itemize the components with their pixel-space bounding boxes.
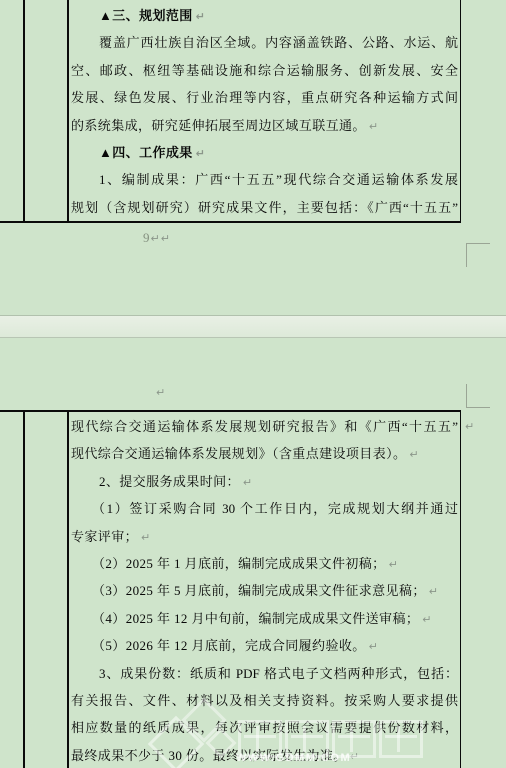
table-text-line[interactable]: 3、成果份数：纸质和 PDF 格式电子文档两种形式，包括： — [71, 660, 458, 687]
table-border-vertical — [23, 0, 25, 223]
table-border-horizontal — [0, 221, 461, 223]
margin-crop-mark — [466, 407, 490, 408]
table-text-line[interactable]: 规划（含规划研究）研究成果文件，主要包括：《广西“十五五” — [71, 194, 458, 221]
line-text: 3、成果份数：纸质和 PDF 格式电子文档两种形式，包括： — [99, 666, 458, 681]
table-text-line[interactable]: ▲三、规划范围↵ — [71, 2, 458, 29]
line-text: 的系统集成，研究延伸拓展至周边区域互联互通。 — [71, 118, 366, 133]
margin-crop-mark — [466, 243, 467, 267]
line-text: （3）2025 年 5 月底前，编制完成成果文件征求意见稿； — [92, 583, 426, 598]
table-text-line[interactable]: 相应数量的纸质成果，每次评审按照会议需要提供份数材料， — [71, 714, 458, 741]
table-text-line[interactable]: 1、编制成果：广西“十五五”现代综合交通运输体系发展 — [71, 166, 458, 193]
pilcrow-mark: ↵ — [156, 386, 165, 399]
margin-crop-mark — [466, 243, 490, 244]
line-text: 有关报告、文件、材料以及相关支持资料。按采购人要求提供 — [71, 693, 458, 708]
page-footer-number: 9↵↵ — [143, 229, 170, 247]
line-text: 空、邮政、枢纽等基础设施和综合运输服务、创新发展、安全 — [71, 63, 458, 78]
table-border-horizontal — [0, 410, 461, 412]
pilcrow-mark: ↵ — [196, 147, 205, 160]
line-text: 现代综合交通运输体系发展规划》（含重点建设项目表）。 — [71, 446, 406, 461]
line-text: （1）签订采购合同 30 个工作日内，完成规划大纲并通过 — [92, 501, 458, 516]
pilcrow-mark: ↵ — [161, 232, 170, 245]
table-text-line[interactable]: （4）2025 年 12 月中旬前，编制完成成果文件送审稿；↵ — [71, 605, 458, 632]
table-border-vertical — [67, 410, 69, 768]
table-border-vertical — [460, 0, 462, 223]
table-text-line[interactable]: 有关报告、文件、材料以及相关支持资料。按采购人要求提供 — [71, 687, 458, 714]
pilcrow-mark: ↵ — [465, 413, 474, 440]
table-text-line[interactable]: 最终成果不少于 30 份。最终以实际发生为准。↵ — [71, 742, 458, 768]
table-text-line[interactable]: （3）2025 年 5 月底前，编制完成成果文件征求意见稿；↵ — [71, 577, 458, 604]
pilcrow-mark: ↵ — [409, 448, 418, 461]
line-text: 现代综合交通运输体系发展规划研究报告》和《广西“十五五” — [71, 419, 458, 434]
line-text: （2）2025 年 1 月底前，编制完成成果文件初稿； — [92, 556, 386, 571]
table-text-line[interactable]: 的系统集成，研究延伸拓展至周边区域互联互通。↵ — [71, 112, 458, 139]
line-text: 规划（含规划研究）研究成果文件，主要包括：《广西“十五五” — [71, 200, 458, 215]
line-text: 最终成果不少于 30 份。最终以实际发生为准。 — [71, 748, 347, 763]
pilcrow-mark: ↵ — [243, 476, 252, 489]
line-text: ▲四、工作成果 — [99, 145, 193, 160]
page2-table-cell-text[interactable]: 现代综合交通运输体系发展规划研究报告》和《广西“十五五”↵现代综合交通运输体系发… — [71, 413, 458, 768]
page-gap-band — [0, 315, 506, 338]
line-text: 专家评审； — [71, 529, 138, 544]
table-text-line[interactable]: 发展、绿色发展、行业治理等内容，重点研究各种运输方式间 — [71, 84, 458, 111]
pilcrow-mark: ↵ — [369, 640, 378, 653]
margin-crop-mark — [466, 384, 467, 408]
pilcrow-mark: ↵ — [350, 750, 359, 763]
table-text-line[interactable]: （1）签订采购合同 30 个工作日内，完成规划大纲并通过 — [71, 495, 458, 522]
line-text: （5）2026 年 12 月底前，完成合同履约验收。 — [92, 638, 366, 653]
table-border-vertical — [23, 410, 25, 768]
word-processor-page-view: { "symbols": { "pilcrow": "↵", "heading_… — [0, 0, 506, 768]
table-text-line[interactable]: 覆盖广西壮族自治区全域。内容涵盖铁路、公路、水运、航 — [71, 29, 458, 56]
table-text-line[interactable]: （2）2025 年 1 月底前，编制完成成果文件初稿；↵ — [71, 550, 458, 577]
table-text-line[interactable]: 空、邮政、枢纽等基础设施和综合运输服务、创新发展、安全 — [71, 57, 458, 84]
line-text: 覆盖广西壮族自治区全域。内容涵盖铁路、公路、水运、航 — [99, 35, 458, 50]
table-text-line[interactable]: 现代综合交通运输体系发展规划》（含重点建设项目表）。↵ — [71, 440, 458, 467]
pilcrow-mark: ↵ — [369, 120, 378, 133]
page-number: 9 — [143, 230, 150, 245]
table-text-line[interactable]: 专家评审；↵ — [71, 523, 458, 550]
pilcrow-mark: ↵ — [422, 613, 431, 626]
line-text: ▲三、规划范围 — [99, 8, 193, 23]
pilcrow-mark: ↵ — [151, 232, 160, 245]
pilcrow-mark: ↵ — [141, 531, 150, 544]
line-text: （4）2025 年 12 月中旬前，编制完成成果文件送审稿； — [92, 611, 419, 626]
table-text-line[interactable]: 现代综合交通运输体系发展规划研究报告》和《广西“十五五”↵ — [71, 413, 458, 440]
line-text: 2、提交服务成果时间： — [99, 474, 240, 489]
line-text: 1、编制成果：广西“十五五”现代综合交通运输体系发展 — [99, 172, 458, 187]
table-text-line[interactable]: （5）2026 年 12 月底前，完成合同履约验收。↵ — [71, 632, 458, 659]
table-border-vertical — [67, 0, 69, 223]
line-text: 相应数量的纸质成果，每次评审按照会议需要提供份数材料， — [71, 720, 458, 735]
table-border-vertical — [460, 410, 462, 768]
pilcrow-mark: ↵ — [429, 585, 438, 598]
page1-table-cell-text[interactable]: ▲三、规划范围↵覆盖广西壮族自治区全域。内容涵盖铁路、公路、水运、航空、邮政、枢… — [71, 2, 458, 221]
pilcrow-mark: ↵ — [196, 10, 205, 23]
table-text-line[interactable]: ▲四、工作成果↵ — [71, 139, 458, 166]
pilcrow-mark: ↵ — [389, 558, 398, 571]
line-text: 发展、绿色发展、行业治理等内容，重点研究各种运输方式间 — [71, 90, 458, 105]
table-text-line[interactable]: 2、提交服务成果时间：↵ — [71, 468, 458, 495]
